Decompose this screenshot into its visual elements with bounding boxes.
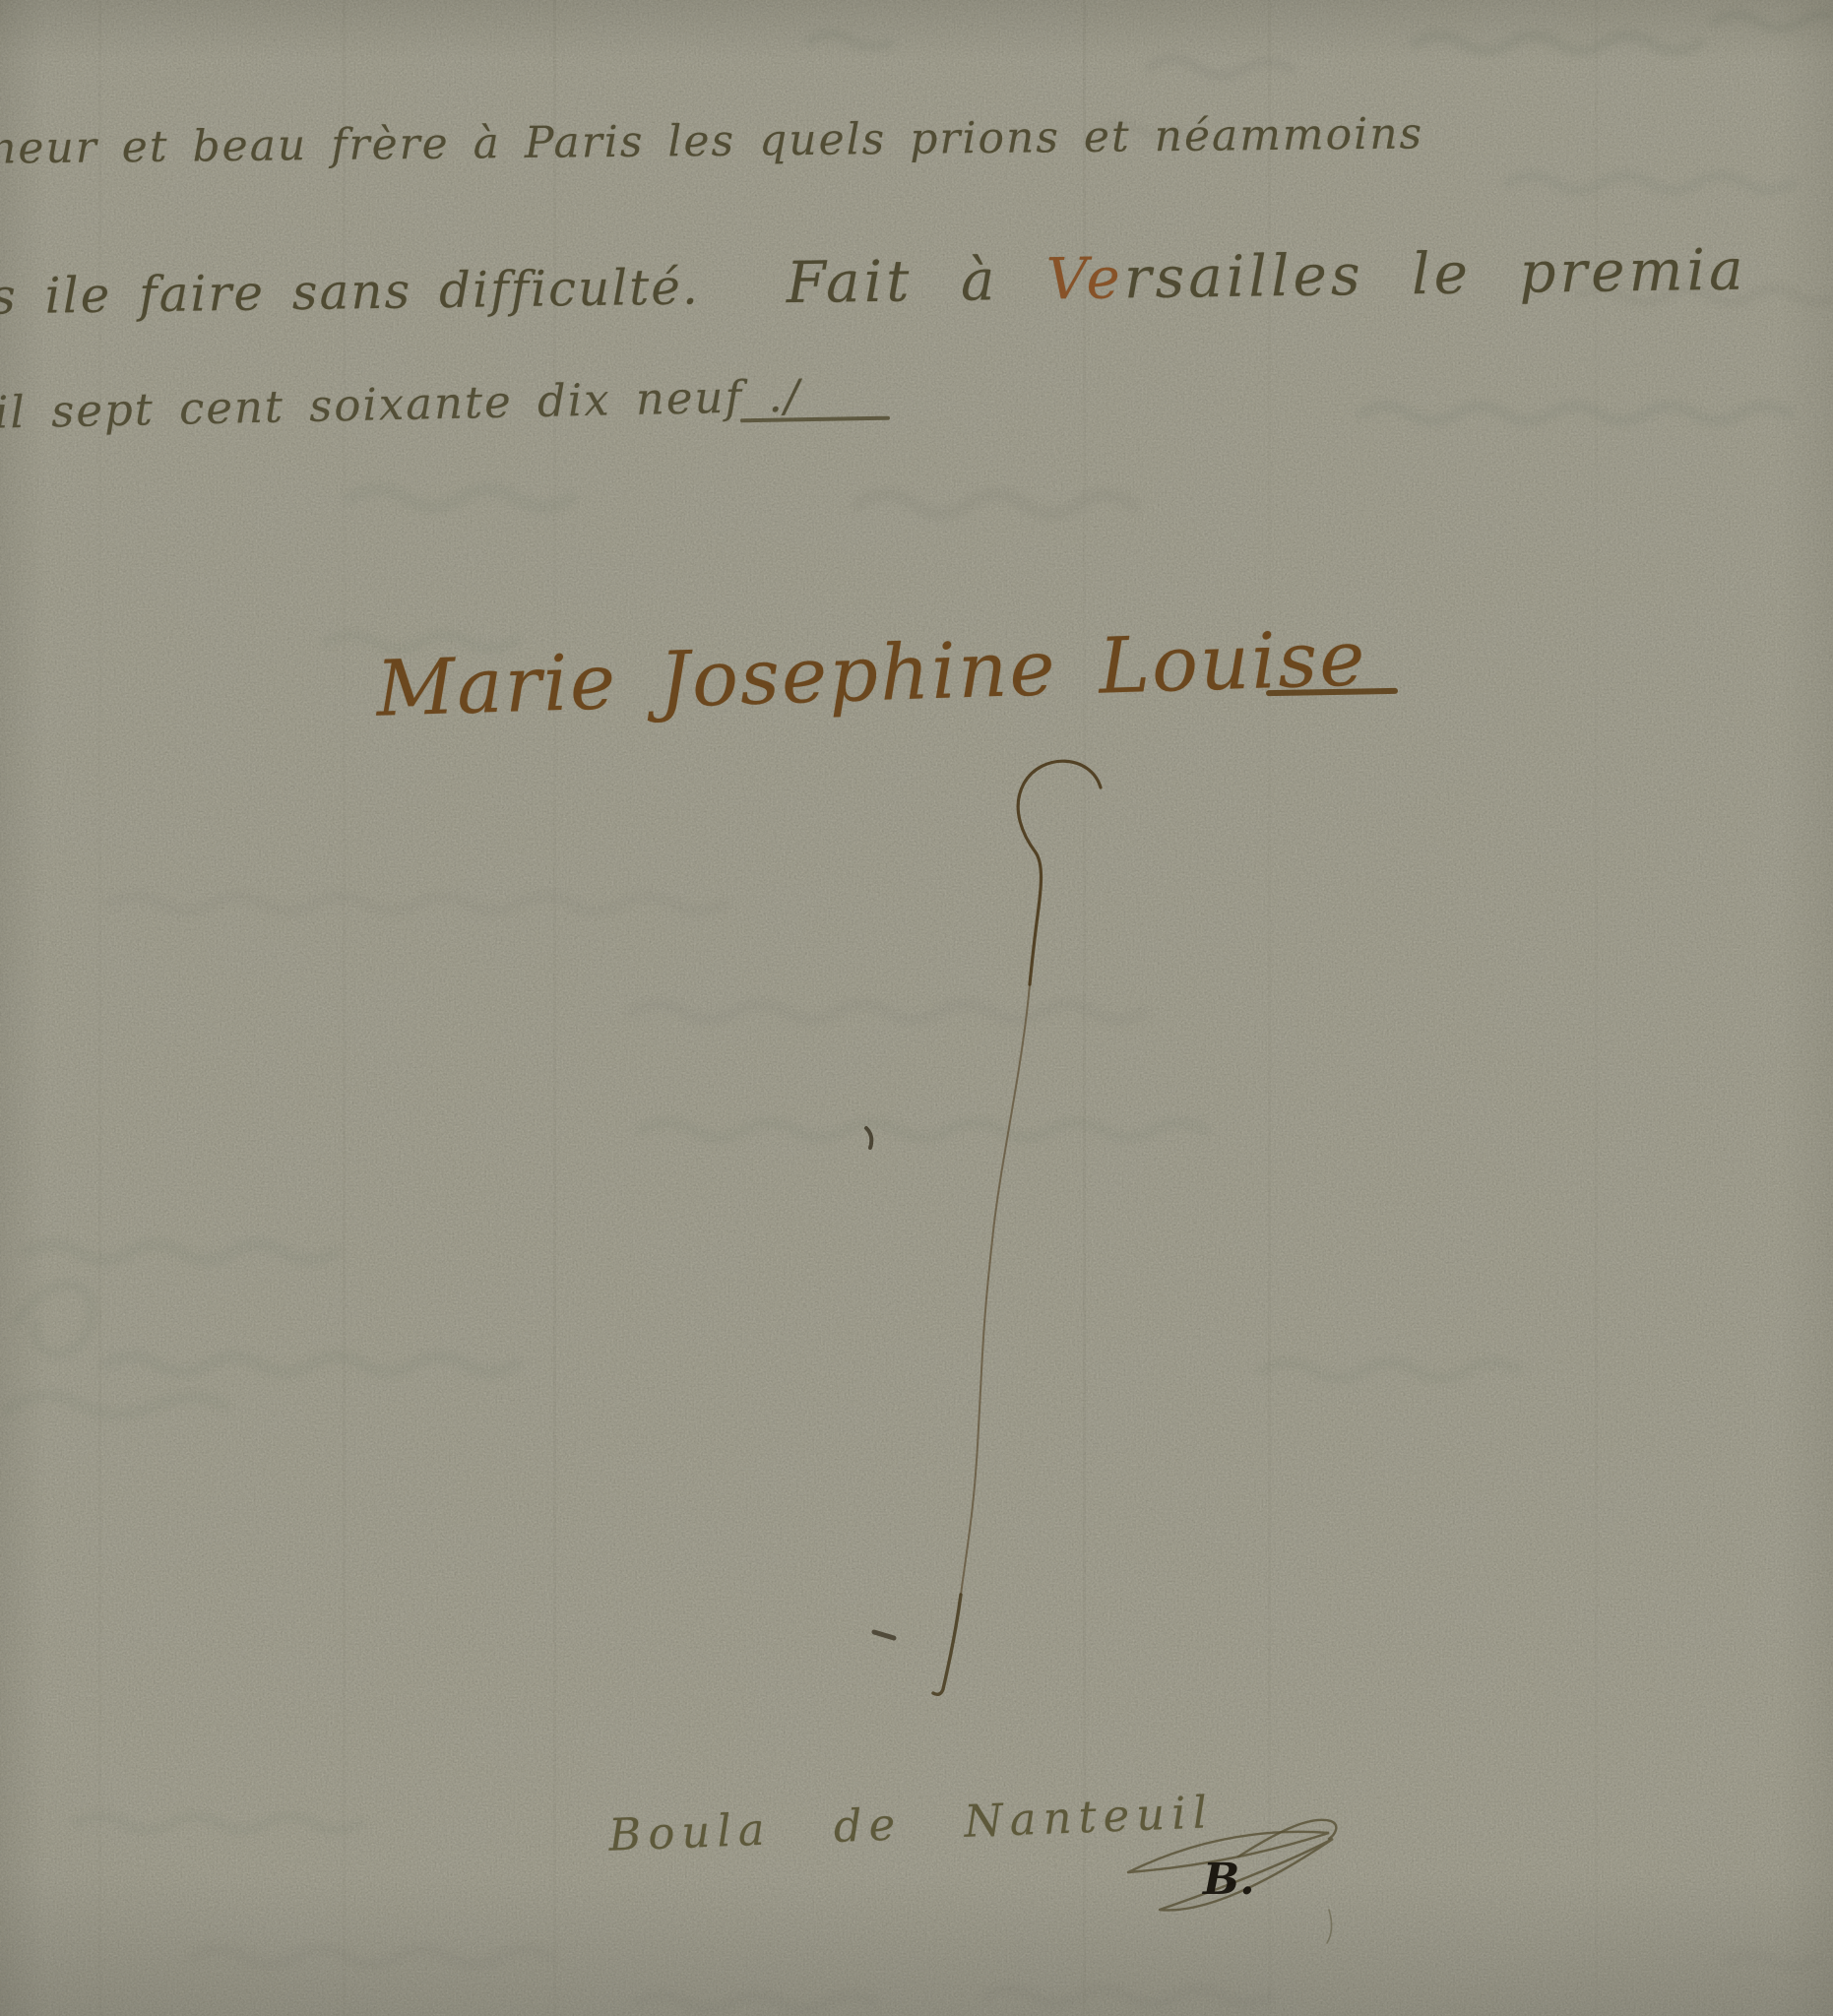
bleed-through-stroke	[632, 1004, 1144, 1020]
manuscript-line-3: il sept cent soixante dix neuf ./	[0, 369, 801, 438]
bleed-through-stroke	[110, 897, 725, 912]
line-gap	[700, 302, 787, 303]
bleed-through-stroke	[8, 1395, 224, 1414]
bleed-through-stroke	[1715, 15, 1833, 29]
royal-signature-text: Marie Josephine Louise	[375, 614, 1368, 734]
bleed-through-stroke	[1508, 176, 1792, 191]
bleed-through-stroke	[809, 33, 890, 46]
versailles-initial-rust-ink: Ve	[1045, 244, 1124, 312]
ink-speck	[866, 1128, 871, 1148]
bleed-through-stroke	[18, 1285, 93, 1354]
bleed-through-stroke	[350, 489, 571, 507]
countersignature-paraph-tail	[1327, 1910, 1332, 1943]
manuscript-line-1-text: neur et beau frère à Paris les quels pri…	[0, 108, 1423, 173]
word-space	[998, 245, 1046, 313]
bleed-through-stroke	[28, 1244, 335, 1260]
bleed-through-stroke	[77, 1816, 360, 1830]
countersignature-tail	[1238, 1820, 1336, 1857]
manuscript-line-2: s ile faire sans difficulté.Fait à Versa…	[0, 236, 1747, 328]
countersignature-name: Boula de Nanteuil	[607, 1786, 1215, 1861]
bleed-through-stroke	[858, 494, 1134, 514]
fait-a-text: Fait à	[786, 246, 999, 316]
vertical-paraph-top	[1018, 761, 1101, 984]
bleed-through-stroke	[638, 1995, 874, 2009]
manuscript-line-2-left: s ile faire sans difficulté.	[0, 258, 700, 325]
manuscript-photo: neur et beau frère à Paris les quels pri…	[0, 0, 1833, 2016]
manuscript-line-3-text: il sept cent soixante dix neuf ./	[0, 369, 801, 438]
manuscript-line-2-rest: rsailles le premia	[1123, 236, 1747, 312]
bleed-through-stroke	[1262, 1362, 1518, 1378]
manuscript-line-1: neur et beau frère à Paris les quels pri…	[0, 108, 1423, 173]
bleed-through-stroke	[642, 1123, 1205, 1138]
vertical-paraph-middle	[961, 984, 1030, 1595]
royal-signature: Marie Josephine Louise	[375, 614, 1368, 734]
bleed-through-stroke	[1362, 407, 1788, 421]
bleed-through-stroke	[986, 1989, 1270, 2003]
bleed-through-stroke	[1729, 1955, 1815, 1967]
bleed-through-stroke	[106, 1356, 516, 1372]
countersignature-paraph-loop	[1160, 1839, 1333, 1910]
vertical-paraph-bottom	[933, 1595, 961, 1694]
countersignature-paraph-initial: B.	[1201, 1855, 1255, 1905]
royal-signature-flourish-dash	[1266, 688, 1398, 696]
bleed-through-stroke	[193, 1950, 551, 1965]
countersignature-text: Boula de Nanteuil	[607, 1786, 1215, 1861]
bleed-through-stroke	[1416, 35, 1699, 51]
ink-speck	[874, 1632, 894, 1638]
